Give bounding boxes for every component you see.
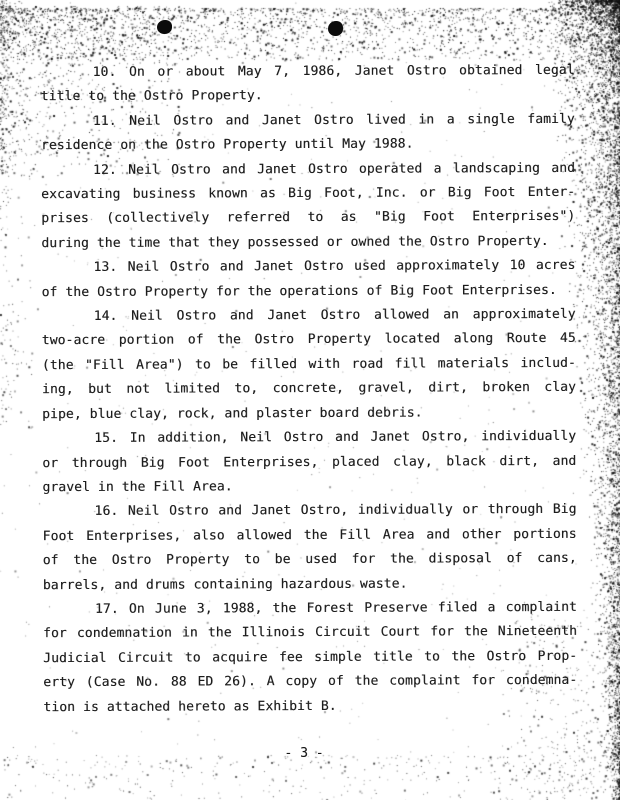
- document-line: 17. On June 3, 1988, the Forest Preserve…: [43, 596, 577, 623]
- document-line: (the "Fill Area") to be filled with road…: [42, 352, 576, 379]
- document-line: 14. Neil Ostro and Janet Ostro allowed a…: [42, 303, 576, 330]
- document-line: gravel in the Fill Area.: [42, 474, 576, 501]
- document-line: 15. In addition, Neil Ostro and Janet Os…: [42, 425, 576, 452]
- hole-punch-left-mark: [157, 20, 172, 34]
- document-line: during the time that they possessed or o…: [41, 230, 575, 257]
- document-line: 11. Neil Ostro and Janet Ostro lived in …: [41, 108, 575, 135]
- document-line: 13. Neil Ostro and Janet Ostro used appr…: [41, 254, 575, 281]
- document-line: 12. Neil Ostro and Janet Ostro operated …: [41, 156, 575, 183]
- document-line: title to the Ostro Property.: [41, 83, 575, 110]
- document-line: for condemnation in the Illinois Circuit…: [43, 620, 577, 647]
- document-line: 16. Neil Ostro and Janet Ostro, individu…: [42, 498, 576, 525]
- document-line: two-acre portion of the Ostro Property l…: [42, 327, 576, 354]
- hole-punch-right-mark: [328, 21, 343, 36]
- scanned-document-page: 10. On or about May 7, 1986, Janet Ostro…: [0, 0, 620, 800]
- document-line: excavating business known as Big Foot, I…: [41, 181, 575, 208]
- document-line: erty (Case No. 88 ED 26). A copy of the …: [43, 669, 577, 696]
- document-line: of the Ostro Property for the operations…: [42, 278, 576, 305]
- document-body-text: 10. On or about May 7, 1986, Janet Ostro…: [41, 59, 578, 720]
- document-line: or through Big Foot Enterprises, placed …: [42, 449, 576, 476]
- document-line: 10. On or about May 7, 1986, Janet Ostro…: [41, 59, 575, 86]
- document-line: pipe, blue clay, rock, and plaster board…: [42, 401, 576, 428]
- document-line: barrels, and drums containing hazardous …: [43, 571, 577, 598]
- document-line: Foot Enterprises, also allowed the Fill …: [43, 523, 577, 550]
- document-line: tion is attached hereto as Exhibit B.: [43, 693, 577, 720]
- document-line: prises (collectively referred to as "Big…: [41, 205, 575, 232]
- document-line: residence on the Ostro Property until Ma…: [41, 132, 575, 159]
- document-line: ing, but not limited to, concrete, grave…: [42, 376, 576, 403]
- document-line: Judicial Circuit to acquire fee simple t…: [43, 645, 577, 672]
- document-line: of the Ostro Property to be used for the…: [43, 547, 577, 574]
- page-number-footer: - 3 -: [42, 746, 566, 761]
